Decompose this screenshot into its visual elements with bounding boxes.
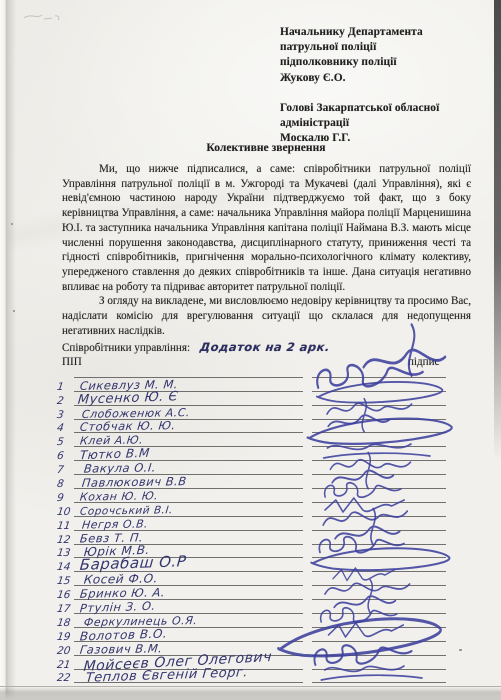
ruled-line: Кохан Ю. Ю.: [74, 502, 303, 503]
signatory-name-handwritten: Негря О.В.: [81, 517, 149, 531]
scan-edge-bottom: [0, 686, 501, 700]
signatory-name-handwritten: Вакула О.І.: [83, 460, 157, 475]
signature-list: 1Сикевлуз М. М.2Мусенко Ю. Є3Слобоженюк …: [0, 366, 501, 685]
row-number: 5: [56, 436, 64, 448]
addressee-line: Начальнику Департамента: [280, 25, 439, 40]
signatory-name-handwritten: Стобчак Ю. Ю.: [79, 419, 176, 435]
row-number: 3: [56, 409, 64, 421]
row-number: 20: [56, 645, 71, 657]
addressee-line: Голові Закарпатської обласної: [280, 101, 439, 116]
document-title: Колективне звернення: [62, 141, 470, 154]
attachment-note-handwritten: Додаток на 2 арк.: [199, 340, 331, 354]
signatory-name-handwritten: Ртулін З. О.: [79, 599, 156, 616]
signature-scribble: [312, 661, 446, 685]
row-number: 19: [56, 631, 71, 643]
staff-label: Співробітники управління:: [62, 342, 190, 354]
signatory-name-handwritten: Сорочський В.І.: [79, 504, 173, 518]
addressee-line: Жукову Є.О.: [280, 71, 439, 86]
pencil-mark: [22, 10, 62, 28]
scanned-petition-page: Начальнику Департамента патрульної поліц…: [0, 0, 501, 700]
signatory-row: 22Теплов Євгеній Георг.: [0, 672, 501, 686]
row-number: 9: [56, 492, 64, 504]
ruled-line: Павлюкович В.В: [74, 488, 303, 489]
paragraph: Ми, що нижче підписалися, а саме: співро…: [62, 162, 471, 294]
ruled-line: [312, 682, 446, 683]
row-number: 16: [56, 589, 71, 601]
row-number: 8: [56, 478, 64, 490]
addressee-line: патрульної поліції: [280, 40, 439, 55]
ruled-line: Теплов Євгеній Георг.: [74, 682, 303, 683]
row-number: 1: [56, 381, 64, 393]
staff-line: Співробітники управління:Додаток на 2 ар…: [62, 340, 330, 354]
body-text: Ми, що нижче підписалися, а саме: співро…: [62, 162, 471, 338]
row-number: 22: [56, 672, 71, 684]
row-number: 6: [56, 450, 64, 462]
addressee-line: підполковнику поліції: [280, 55, 439, 70]
row-number: 2: [56, 395, 64, 407]
addressee-line: адміністрації: [280, 116, 439, 131]
scan-speck: [11, 223, 13, 225]
row-number: 14: [56, 561, 71, 573]
scan-speck: [13, 310, 15, 312]
ruled-line: Сорочський В.І.: [74, 516, 303, 517]
row-number: 4: [56, 422, 64, 434]
signatory-name-handwritten: Газович В.М.: [79, 641, 163, 656]
paragraph: З огляду на викладене, ми висловлюємо не…: [62, 294, 471, 338]
signatory-name-handwritten: Мусенко Ю. Є: [77, 389, 179, 407]
signatory-name-handwritten: Кохан Ю. Ю.: [79, 489, 159, 503]
row-number: 21: [56, 659, 71, 671]
row-number: 11: [56, 520, 71, 532]
row-number: 13: [56, 547, 71, 559]
row-number: 18: [56, 617, 71, 629]
row-number: 7: [56, 464, 64, 476]
signatory-name-handwritten: Павлюкович В.В: [81, 474, 187, 490]
addressee-block: Начальнику Департамента патрульної поліц…: [280, 25, 439, 146]
row-number: 15: [56, 575, 71, 587]
row-number: 17: [56, 603, 71, 615]
row-number: 10: [56, 506, 71, 518]
row-number: 12: [56, 534, 71, 546]
